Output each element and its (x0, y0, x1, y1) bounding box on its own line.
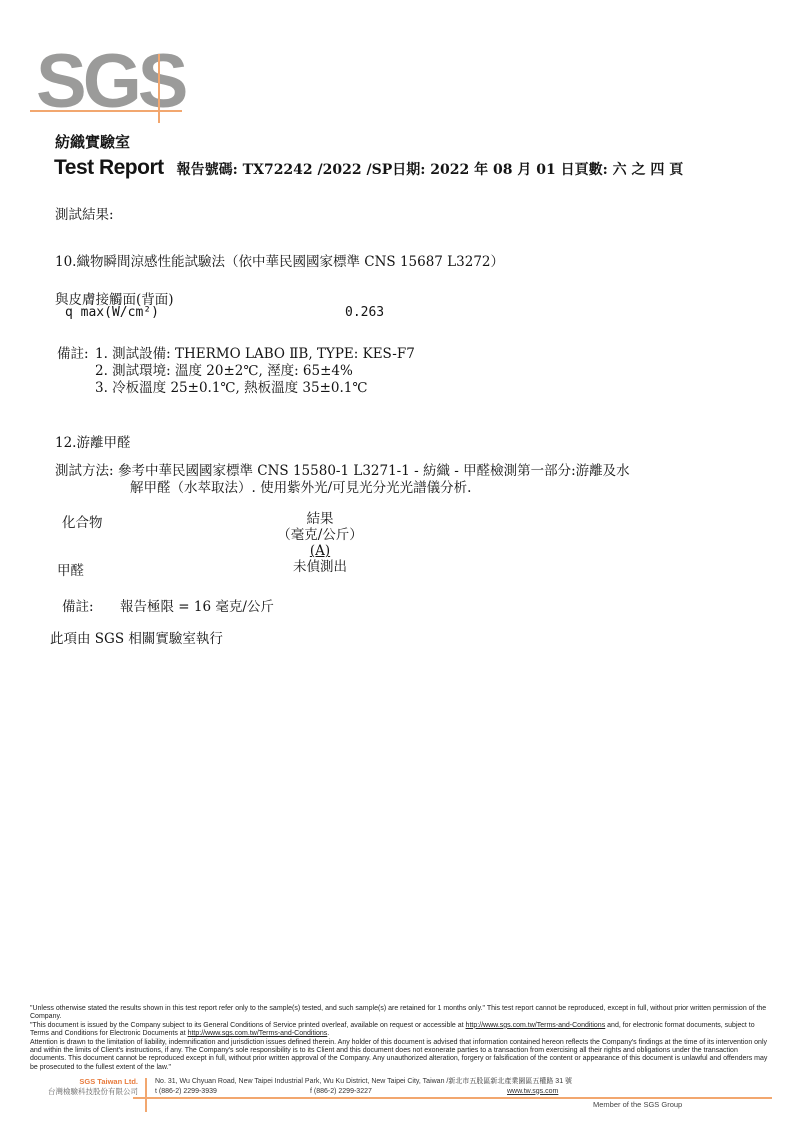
section10-notes: 備註: 1. 測試設備: THERMO LABO ⅡB, TYPE: KES-F… (57, 346, 415, 397)
footer-company-zh: 台灣檢驗科技股份有限公司 (30, 1087, 138, 1097)
method-text: 參考中華民國國家標準 CNS 15580-1 L3271-1 - 紡織 - 甲醛… (118, 463, 630, 496)
results-label: 測試結果: (55, 203, 114, 223)
footer-address: No. 31, Wu Chyuan Road, New Taipei Indus… (155, 1077, 771, 1087)
disclaimer-block: "Unless otherwise stated the results sho… (30, 1005, 771, 1072)
table-result-column: 結果 （毫克/公斤） (A) 未偵測出 (240, 511, 400, 575)
footer-company-en: SGS Taiwan Ltd. (30, 1077, 138, 1087)
qmax-label: q max(W/cm²) (65, 305, 159, 320)
sgs-logo: SGS (36, 52, 185, 113)
terms-link[interactable]: http://www.sgs.com.tw/Terms-and-Conditio… (188, 1030, 328, 1037)
report-title: Test Report (54, 156, 164, 179)
qmax-value: 0.263 (345, 305, 384, 320)
disclaimer-paragraph: Attention is drawn to the limitation of … (30, 1039, 771, 1073)
disclaimer-text: . (327, 1030, 329, 1037)
report-title-row: Test Report報告號碼: TX72242 /2022 /SP日期: 20… (54, 156, 683, 180)
notes-label: 備註: (57, 346, 95, 397)
section12-method: 測試方法: 參考中華民國國家標準 CNS 15580-1 L3271-1 - 紡… (55, 463, 630, 496)
note-value: 報告極限 = 16 毫克/公斤 (120, 595, 274, 615)
table-result-key: (A) (310, 543, 330, 559)
terms-link[interactable]: http://www.sgs.com.tw/Terms-and-Conditio… (466, 1022, 606, 1029)
section10-qmax-row: q max(W/cm²) 0.263 (65, 305, 159, 320)
report-meta: 報告號碼: TX72242 /2022 /SP日期: 2022 年 08 月 0… (177, 162, 684, 178)
logo-crop-mark-vertical (158, 54, 160, 123)
notes-list: 1. 測試設備: THERMO LABO ⅡB, TYPE: KES-F7 2.… (95, 346, 415, 397)
table-result-unit: （毫克/公斤） (240, 527, 400, 543)
footer-rule-line (133, 1097, 772, 1099)
disclaimer-text: "This document is issued by the Company … (30, 1022, 466, 1029)
test-report-page: SGS 紡織實驗室 Test Report報告號碼: TX72242 /2022… (0, 0, 800, 1138)
note-item: 2. 測試環境: 溫度 20±2℃, 溼度: 65±4% (95, 363, 415, 380)
method-line: 解甲醛（水萃取法）. 使用紫外光/可見光分光光譜儀分析. (130, 480, 630, 497)
footer-address-block: No. 31, Wu Chyuan Road, New Taipei Indus… (155, 1077, 771, 1096)
table-compound-header: 化合物 (62, 511, 103, 531)
note-item: 3. 冷板溫度 25±0.1℃, 熱板溫度 35±0.1℃ (95, 380, 415, 397)
section12-note: 備註: 報告極限 = 16 毫克/公斤 (62, 595, 274, 615)
disclaimer-paragraph: "This document is issued by the Company … (30, 1022, 771, 1039)
method-label: 測試方法: (55, 463, 118, 496)
section10-heading: 10.織物瞬間涼感性能試驗法（依中華民國國家標準 CNS 15687 L3272… (55, 250, 504, 270)
lab-name: 紡織實驗室 (55, 131, 130, 152)
section12-heading: 12.游離甲醛 (55, 431, 130, 451)
footer-member-text: Member of the SGS Group (593, 1100, 682, 1109)
disclaimer-paragraph: "Unless otherwise stated the results sho… (30, 1005, 771, 1022)
table-result-value: 未偵測出 (240, 559, 400, 575)
method-line: 參考中華民國國家標準 CNS 15580-1 L3271-1 - 紡織 - 甲醛… (118, 463, 630, 480)
footer-divider-line (145, 1078, 147, 1112)
performed-by-note: 此項由 SGS 相關實驗室執行 (50, 627, 223, 647)
table-compound-value: 甲醛 (57, 559, 84, 579)
logo-crop-mark-horizontal (30, 110, 182, 112)
footer-phone: t (886-2) 2299-3939 (155, 1087, 217, 1097)
note-item: 1. 測試設備: THERMO LABO ⅡB, TYPE: KES-F7 (95, 346, 415, 363)
footer-contact-row: t (886-2) 2299-3939 f (886-2) 2299-3227 … (155, 1087, 771, 1097)
footer-fax: f (886-2) 2299-3227 (310, 1087, 372, 1097)
note-label: 備註: (62, 595, 120, 615)
footer-company-block: SGS Taiwan Ltd. 台灣檢驗科技股份有限公司 (30, 1077, 138, 1096)
table-result-header: 結果 (240, 511, 400, 527)
footer-website-link[interactable]: www.tw.sgs.com (507, 1087, 558, 1097)
